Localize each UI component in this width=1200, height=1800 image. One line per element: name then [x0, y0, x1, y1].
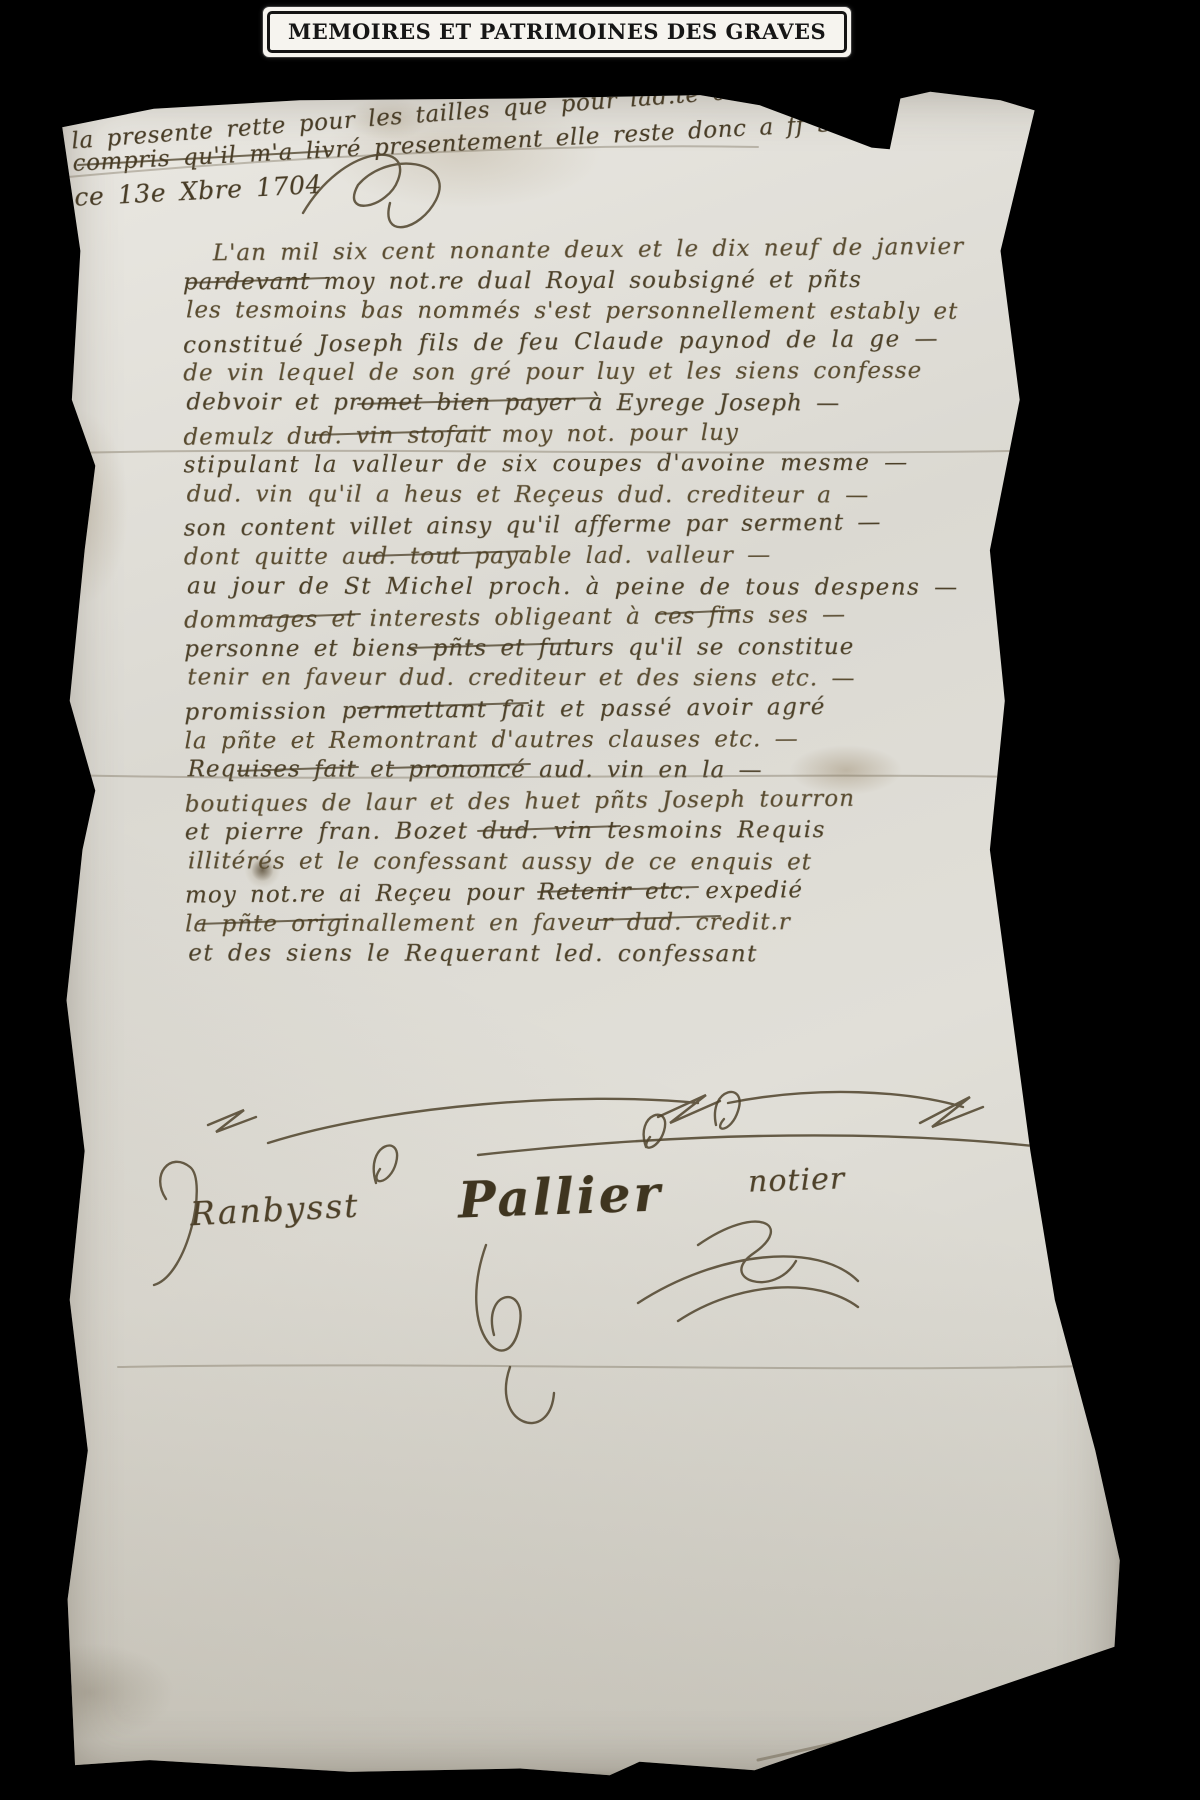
- strike-mark: [358, 703, 528, 708]
- flourish-signature-curl: [715, 1092, 740, 1129]
- strike-mark: [408, 643, 578, 648]
- strike-mark: [358, 398, 598, 404]
- flourish-signature-curl: [644, 1115, 665, 1148]
- corner-fold-crease: [758, 1691, 1073, 1760]
- strike-mark: [198, 919, 348, 924]
- strike-mark: [238, 767, 358, 771]
- page-background: { "banner": { "title": "MEMOIRES ET PATR…: [0, 0, 1200, 1800]
- flourish-signature-curl: [374, 1146, 397, 1183]
- flourish-squiggle-left: [208, 1110, 256, 1132]
- flourish-underline: [478, 1135, 1043, 1155]
- strike-mark: [388, 764, 530, 768]
- strike-mark: [598, 916, 720, 920]
- flourish-squiggle-center: [268, 1095, 720, 1143]
- parchment: la presente rette pour les tailles que p…: [58, 85, 1123, 1777]
- strike-mark: [78, 151, 330, 165]
- strike-mark: [258, 614, 360, 618]
- strike-mark: [313, 430, 490, 435]
- top-edge-crease: [68, 146, 758, 177]
- flourish-paraph: [303, 155, 440, 227]
- flourish-squiggle-right: [728, 1092, 983, 1127]
- strike-mark: [658, 610, 740, 614]
- fold-crease: [66, 449, 1108, 453]
- flourish-signature-initial: [154, 1162, 197, 1285]
- banner: MEMOIRES ET PATRIMOINES DES GRAVES: [262, 6, 852, 58]
- banner-title: MEMOIRES ET PATRIMOINES DES GRAVES: [288, 19, 826, 44]
- flourish-signature-descender: [476, 1245, 554, 1423]
- strike-mark: [538, 887, 698, 892]
- fold-crease: [63, 775, 1116, 779]
- strike-mark: [478, 826, 620, 831]
- strike-mark: [188, 278, 326, 283]
- ink-flourish-overlay: [58, 85, 1123, 1777]
- banner-frame: MEMOIRES ET PATRIMOINES DES GRAVES: [267, 11, 847, 53]
- fold-crease: [118, 1365, 1118, 1368]
- flourish-signature-paraph: [638, 1222, 858, 1321]
- strike-mark: [368, 551, 528, 556]
